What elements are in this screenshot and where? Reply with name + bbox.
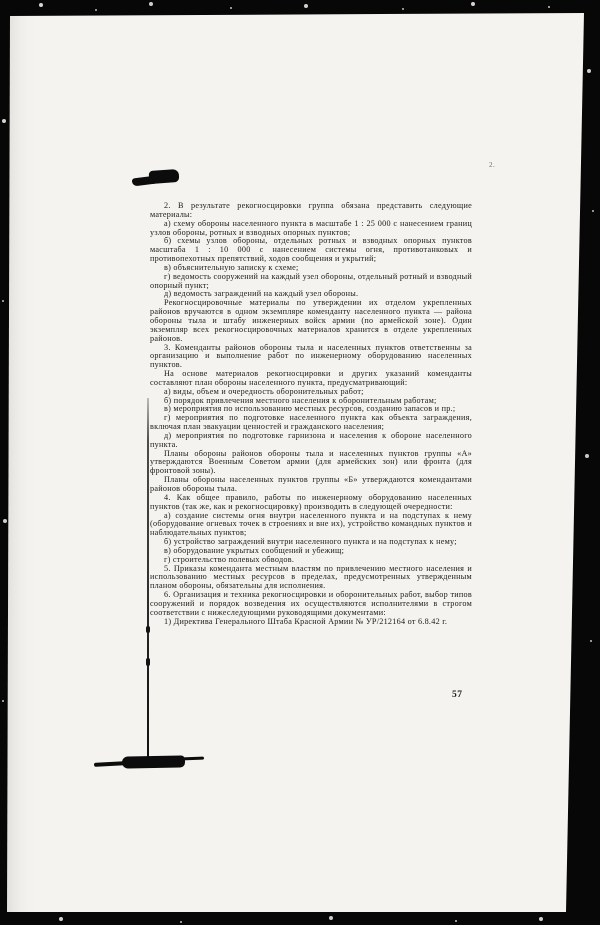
paragraph: Планы обороны районов обороны тыла и нас…: [150, 450, 472, 477]
ink-blot-top-tail: [132, 176, 158, 187]
paragraph: г) ведомость сооружений на каждый узел о…: [150, 273, 472, 291]
paragraph: д) мероприятия по подготовке гарнизона и…: [150, 432, 472, 450]
paragraph: Рекогносцировочные материалы по утвержде…: [150, 299, 472, 343]
scanned-document: 2. 2. В результате рекогносцировки групп…: [0, 0, 600, 925]
paragraph: Планы обороны населенных пунктов группы …: [150, 476, 472, 494]
paragraph: 5. Приказы коменданта местным властям по…: [150, 565, 472, 592]
paragraph: На основе материалов рекогносцировки и д…: [150, 370, 472, 388]
gutter-fold-line: [147, 398, 149, 762]
paragraph: а) создание системы огня внутри населенн…: [150, 512, 472, 539]
page-number: 57: [452, 690, 463, 700]
paragraph: б) схемы узлов обороны, отдельных ротных…: [150, 237, 472, 264]
paragraph: 4. Как общее правило, работы по инженерн…: [150, 494, 472, 512]
paragraph: 3. Коменданты районов обороны тыла и нас…: [150, 344, 472, 371]
paragraph: 6. Организация и техника рекогносцировки…: [150, 591, 472, 618]
scan-noise-speckles: [0, 0, 2, 2]
ink-smear-bottom-left-tail: [94, 761, 126, 767]
book-page: 2. 2. В результате рекогносцировки групп…: [0, 0, 600, 925]
corner-mark: 2.: [489, 161, 495, 169]
paragraph: а) схему обороны населенного пункта в ма…: [150, 220, 472, 238]
paragraph: 1) Директива Генерального Штаба Красной …: [150, 618, 472, 627]
paragraph: г) мероприятия по подготовке населенного…: [150, 414, 472, 432]
ink-smear-bottom: [122, 755, 185, 768]
ink-smear-bottom-right-tail: [181, 757, 204, 761]
paragraph: 2. В результате рекогносцировки группа о…: [150, 202, 472, 220]
body-text: 2. В результате рекогносцировки группа о…: [150, 202, 472, 704]
